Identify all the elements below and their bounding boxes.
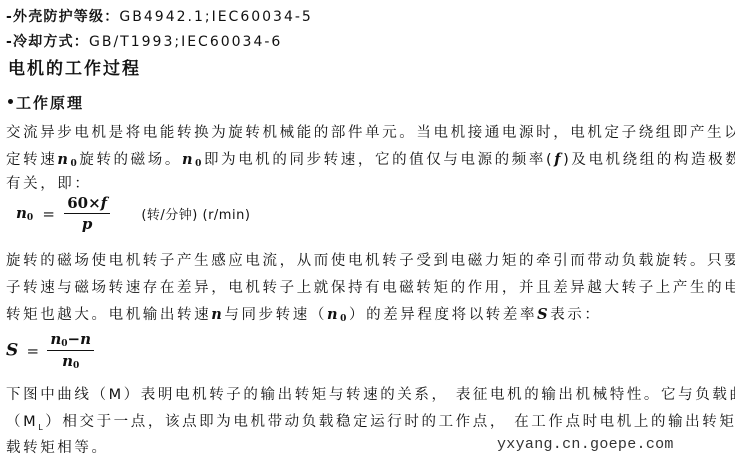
text-span: 转矩也越大。电机输出转速 (6, 307, 211, 323)
spec-cooling-line: -冷却方式：GB/T1993;IEC60034-6 (6, 31, 282, 51)
text-span: )及电机绕组的构造极数( (563, 152, 735, 168)
subsection-title: 工作原理 (16, 94, 84, 112)
fraction: 60×f p (64, 194, 110, 233)
var-n0: n0 (50, 330, 67, 348)
spec-protection-label: -外壳防护等级： (6, 9, 119, 25)
text-span: 与同步转速（ (224, 307, 327, 323)
subsection-heading: 工作原理 (8, 92, 84, 113)
paragraph3-line1: 下图中曲线（M）表明电机转子的输出转矩与转速的关系， 表征电机的输出机械特性。它… (6, 383, 735, 404)
math-var-n: n (211, 306, 224, 323)
paragraph2-line1: 旋转的磁场使电机转子产生感应电流，从而使电机转子受到电磁力矩的牵引而带动负载旋转… (6, 249, 735, 270)
subscript: 0 (73, 361, 79, 371)
text-span: （M (6, 414, 38, 430)
math-var-s: S (537, 306, 550, 323)
math-var-n0: n0 (327, 306, 349, 323)
formula-lhs-s: S (6, 341, 18, 361)
section-title: 电机的工作过程 (8, 54, 141, 79)
paragraph1-line2: 定转速n0旋转的磁场。n0即为电机的同步转速，它的值仅与电源的频率(f)及电机绕… (6, 148, 735, 169)
formula-synchronous-speed: n0 = 60×f p (转/分钟) (r/min) (16, 194, 250, 233)
math-var-n0: n0 (182, 151, 204, 168)
math-var-n0: n0 (57, 151, 79, 168)
spec-protection-line: -外壳防护等级：GB4942.1;IEC60034-5 (6, 6, 313, 26)
numerator: n0−n (47, 330, 94, 351)
spec-cooling-label: -冷却方式： (6, 34, 89, 50)
math-var-f: f (554, 151, 563, 168)
fraction: n0−n n0 (47, 330, 94, 371)
text-span: ）的差异程度将以转差率 (349, 307, 537, 323)
var-n: n (327, 306, 340, 323)
subscript: 0 (195, 159, 204, 169)
spec-cooling-value: GB/T1993;IEC60034-6 (89, 34, 282, 50)
equals-sign: = (27, 342, 40, 360)
numerator-text: 60× (67, 194, 100, 212)
var-n: n (50, 330, 61, 348)
text-span: 表示： (550, 307, 601, 323)
paragraph3-line2: （ML）相交于一点，该点即为电机带动负载稳定运行时的工作点， 在工作点时电机上的… (6, 410, 735, 432)
paragraph3-line3: 载转矩相等。 (6, 436, 109, 457)
spec-protection-value: GB4942.1;IEC60034-5 (119, 9, 312, 25)
watermark: yxyang.cn.goepe.com (497, 436, 674, 453)
paragraph1-line3: 有关，即： (6, 172, 92, 193)
var-n: n (80, 330, 91, 348)
text-span: 定转速 (6, 152, 57, 168)
var-n: n (182, 151, 195, 168)
numerator: 60×f (64, 194, 110, 214)
equals-sign: = (42, 205, 55, 223)
formula-slip: S = n0−n n0 (6, 330, 94, 371)
subscript: 0 (340, 314, 349, 324)
unit-label: (转/分钟) (r/min) (141, 208, 250, 223)
minus-sign: − (68, 330, 81, 348)
var-n: n (16, 204, 27, 222)
denominator: n0 (47, 351, 94, 371)
var-f: f (101, 194, 107, 212)
paragraph1-line1: 交流异步电机是将电能转换为旋转机械能的部件单元。当电机接通电源时，电机定子绕组即… (6, 121, 735, 142)
bullet-icon (8, 99, 13, 104)
var-n: n (62, 352, 73, 370)
text-span: 旋转的磁场。 (79, 152, 182, 168)
formula-lhs: n0 (16, 204, 33, 222)
paragraph2-line3: 转矩也越大。电机输出转速n与同步转速（n0）的差异程度将以转差率S表示： (6, 303, 602, 324)
text-span: 即为电机的同步转速，它的值仅与电源的频率( (204, 152, 554, 168)
subscript: 0 (27, 213, 33, 223)
text-span: ）相交于一点，该点即为电机带动负载稳定运行时的工作点， 在工作点时电机上的输出转… (45, 414, 735, 430)
paragraph2-line2: 子转速与磁场转速存在差异，电机转子上就保持有电磁转矩的作用，并且差异越大转子上产… (6, 276, 735, 297)
var-n: n (57, 151, 70, 168)
subscript: 0 (70, 159, 79, 169)
denominator: p (64, 214, 110, 233)
